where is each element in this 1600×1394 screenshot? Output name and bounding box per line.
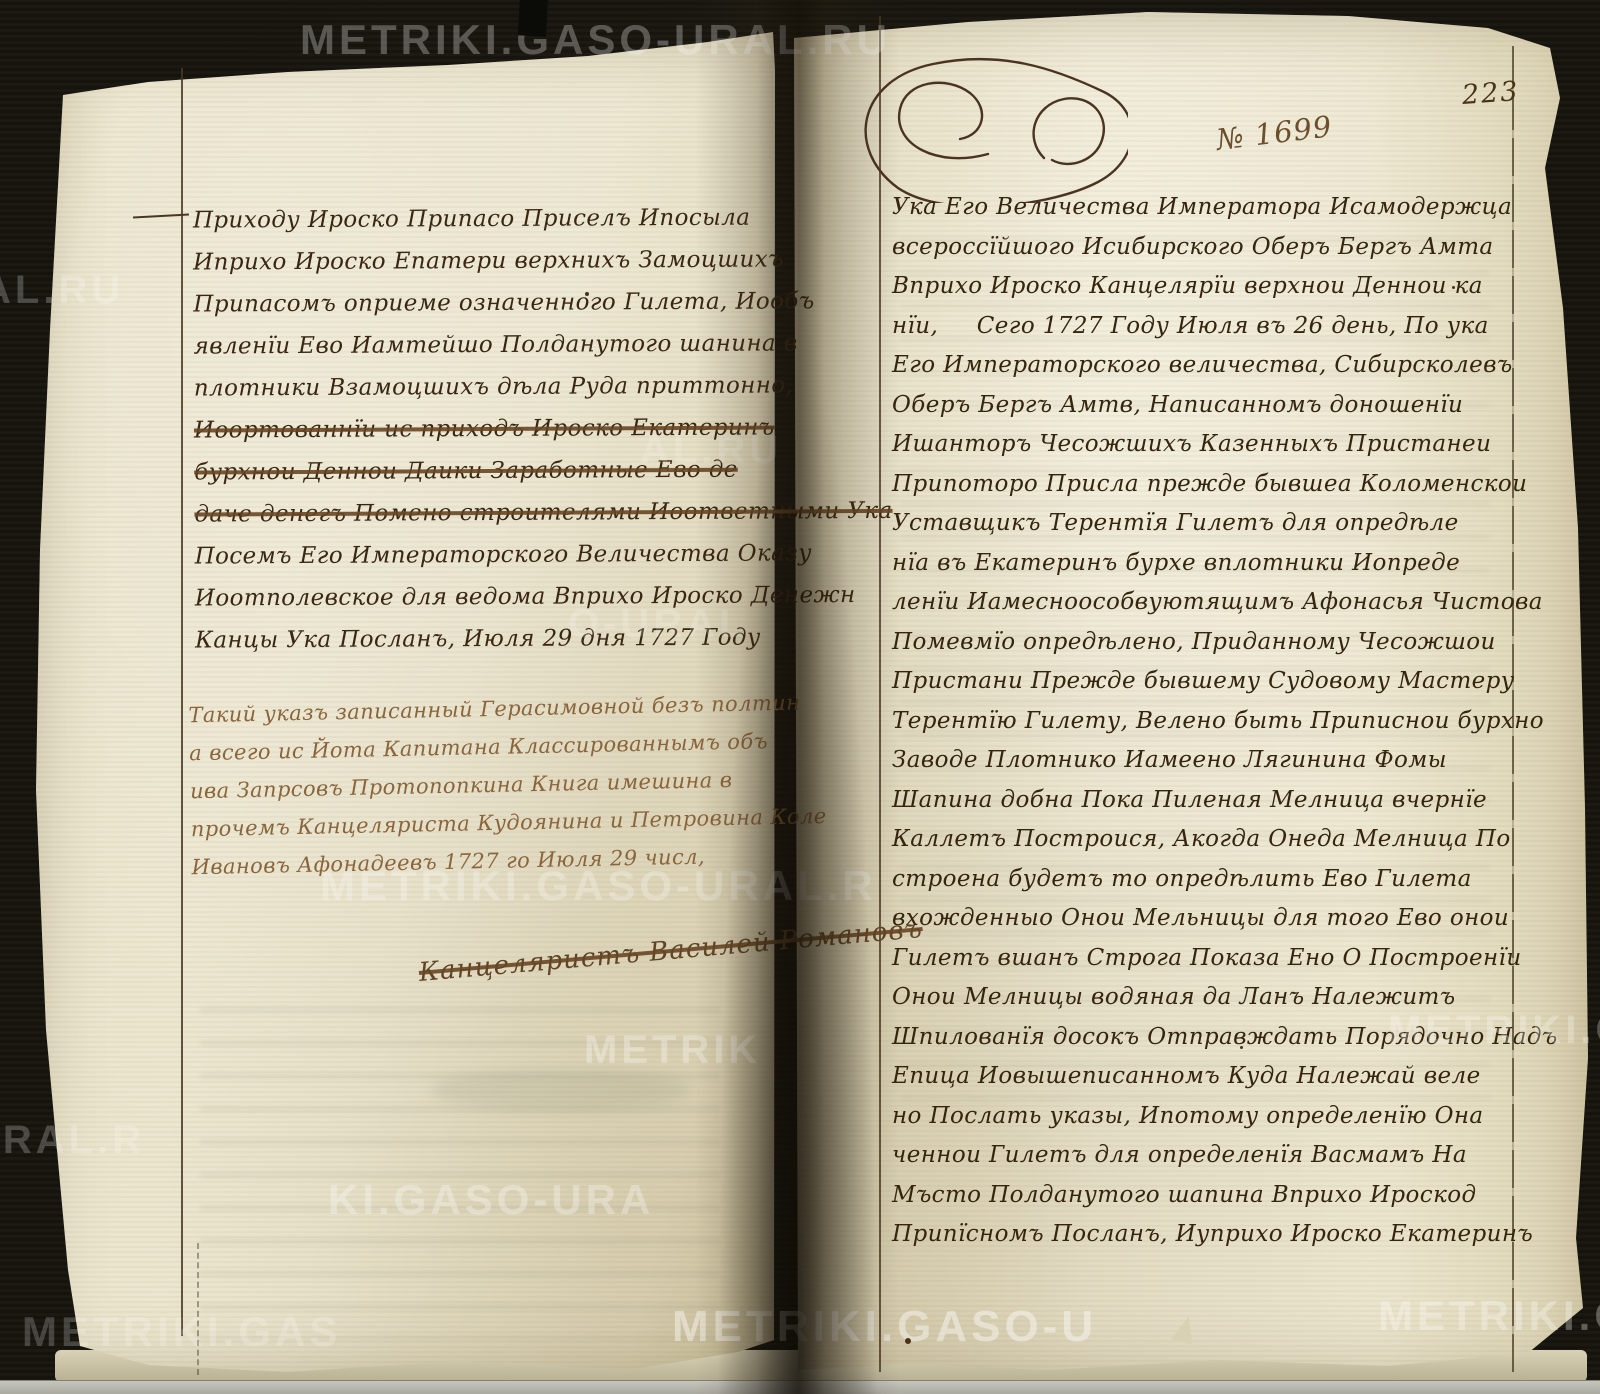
- handwriting-line: Помевмїо опредѣлено, Приданному Чесожшои: [892, 623, 1518, 663]
- handwriting-line: Иприхо Ироско Епатери верхнихъ Замоцшихъ: [193, 238, 785, 283]
- calligraphic-flourish: [838, 38, 1128, 203]
- handwriting-line: вхожденныо Онои Мельницы для того Ево он…: [892, 899, 1518, 939]
- left-page-text-block: Приходу Ироско Припасо Приселъ ИпосылаИп…: [193, 196, 787, 661]
- handwriting-line: бурхнои Деннои Даики Заработные Ево де: [194, 448, 786, 493]
- handwriting-line: Шпилованїя досокъ Отправждать Порядочно …: [892, 1018, 1518, 1058]
- page-number: 223: [1461, 76, 1521, 111]
- handwriting-line: Пристани Прежде бывшему Судовому Мастеру: [892, 662, 1518, 702]
- handwriting-line: плотники Взамоцшихъ дѣла Руда приттонно,: [194, 364, 786, 409]
- handwriting-line: Терентїю Гилету, Велено быть Приписнои б…: [892, 702, 1518, 742]
- handwriting-line: нїи, Сего 1727 Году Июля въ 26 день, По …: [892, 307, 1518, 347]
- handwriting-line: даче денегъ Помено строителями Иоответны…: [194, 490, 786, 535]
- handwriting-line: ленїи Иамесноособвуютящимъ Афонасья Чист…: [892, 583, 1518, 623]
- handwriting-line: Шапина добна Пока Пиленая Мелница вчернї…: [892, 781, 1518, 821]
- handwriting-line: Ука Его Величества Императора Исамодержц…: [892, 188, 1518, 228]
- ink-bleedthrough: [430, 1070, 690, 1110]
- margin-line-right-page-inner: [879, 16, 881, 1372]
- ink-speck: [1452, 286, 1455, 289]
- handwriting-line: Припасомъ оприеме означенного Гилета, Ио…: [193, 280, 785, 325]
- manuscript-scan: 223 № 1699 Приходу Ироско Припасо Присел…: [0, 0, 1600, 1394]
- ink-speck: [905, 1338, 911, 1344]
- handwriting-line: Оберъ Бергъ Амтв, Написанномъ доношенїи: [892, 386, 1518, 426]
- handwriting-line: Иоортованнїи ис приходъ Ироско Екатеринъ: [194, 406, 786, 451]
- ink-speck: [585, 292, 589, 296]
- ink-speck: [238, 513, 241, 516]
- handwriting-line: Ишанторъ Чесожшихъ Казенныхъ Пристанеи: [892, 425, 1518, 465]
- handwriting-line: но Послать указы, Ипотому определенїю Он…: [892, 1097, 1518, 1137]
- table-surface: [0, 1380, 1600, 1394]
- handwriting-line: всероссїйшого Исибирского Оберъ Бергъ Ам…: [892, 228, 1518, 268]
- left-page-note-block: Такий указъ записанный Герасимовной безъ…: [188, 684, 792, 887]
- handwriting-line: нїа въ Екатеринъ бурхе вплотники Иопреде: [892, 544, 1518, 584]
- handwriting-line: Заводе Плотнико Иамеено Лягинина Фомы: [892, 741, 1518, 781]
- handwriting-line: Вприхо Ироско Канцелярїи верхнои Деннои …: [892, 267, 1518, 307]
- margin-line-left-page: [181, 68, 183, 1336]
- handwriting-line: Припоторо Присла прежде бывшеа Коломенск…: [892, 465, 1518, 505]
- right-page-text-block: Ука Его Величества Императора Исамодержц…: [892, 188, 1518, 1255]
- handwriting-line: Припїсномъ Посланъ, Иуприхо Ироско Екате…: [892, 1215, 1518, 1255]
- handwriting-line: Онои Мелницы водяная да Ланъ Належитъ: [892, 978, 1518, 1018]
- ink-speck: [1240, 1046, 1243, 1049]
- margin-line-bleedthrough: [197, 1243, 199, 1375]
- handwriting-line: строена будетъ то опредѣлить Ево Гилета: [892, 860, 1518, 900]
- handwriting-line: ченнои Гилетъ для определенїя Васмамъ На: [892, 1136, 1518, 1176]
- handwriting-line: Иоотполевское для ведома Вприхо Ироско Д…: [195, 574, 787, 619]
- handwriting-line: Его Императорского величества, Сибирскол…: [892, 346, 1518, 386]
- handwriting-line: Гилетъ вшанъ Строга Показа Ено О Построе…: [892, 939, 1518, 979]
- handwriting-line: Канцы Ука Посланъ, Июля 29 дня 1727 Году: [195, 616, 787, 661]
- handwriting-line: Каллетъ Построися, Акогда Онеда Мелница …: [892, 820, 1518, 860]
- bookmark-tab: [518, 0, 548, 37]
- handwriting-line: Мъсто Полданутого шапина Вприхо Ироскод: [892, 1176, 1518, 1216]
- handwriting-line: Приходу Ироско Припасо Приселъ Ипосыла: [193, 196, 785, 241]
- handwriting-line: Посемъ Его Императорского Величества Ока…: [195, 532, 787, 577]
- handwriting-line: явленїи Ево Иамтейшо Полданутого шанина …: [193, 322, 785, 367]
- handwriting-line: Епица Иовышеписанномъ Куда Належай веле: [892, 1057, 1518, 1097]
- handwriting-line: Уставщикъ Терентїя Гилетъ для опредѣле: [892, 504, 1518, 544]
